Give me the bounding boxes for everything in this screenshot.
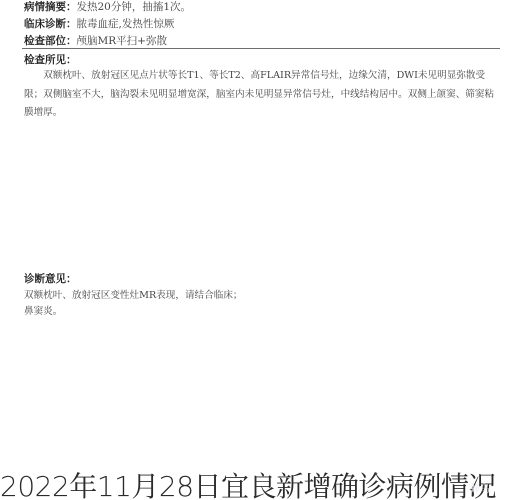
field-label: 临床诊断： (24, 18, 77, 30)
field-value: 颅脑MR平扫+弥散 (77, 35, 167, 47)
field-value: 发热20分钟，抽搐1次。 (77, 1, 192, 13)
diagnosis-line: 鼻窦炎。 (24, 304, 62, 320)
field-condition-summary: 病情摘要：发热20分钟，抽搐1次。 (24, 0, 191, 14)
diagnosis-line: 双额枕叶、放射冠区变性灶MR表现，请结合临床； (24, 288, 243, 304)
divider (22, 48, 500, 49)
field-clinical-diagnosis: 临床诊断：脓毒血症,发热性惊厥 (24, 17, 174, 31)
findings-text: 双额枕叶、放射冠区见点片状等长T1、等长T2、高FLAIR异常信号灶，边缘欠清，… (24, 67, 496, 123)
watermark-logo: 蜂鸟 (470, 480, 490, 495)
diagnosis-heading: 诊断意见： (24, 272, 77, 286)
field-value: 脓毒血症,发热性惊厥 (77, 18, 175, 30)
field-exam-site: 检查部位：颅脑MR平扫+弥散 (24, 34, 167, 48)
field-label: 检查部位： (24, 35, 77, 47)
findings-heading: 检查所见： (24, 53, 77, 67)
field-label: 病情摘要： (24, 1, 77, 13)
image-caption: 2022年11月28日宜良新增确诊病例情况 (0, 470, 496, 500)
